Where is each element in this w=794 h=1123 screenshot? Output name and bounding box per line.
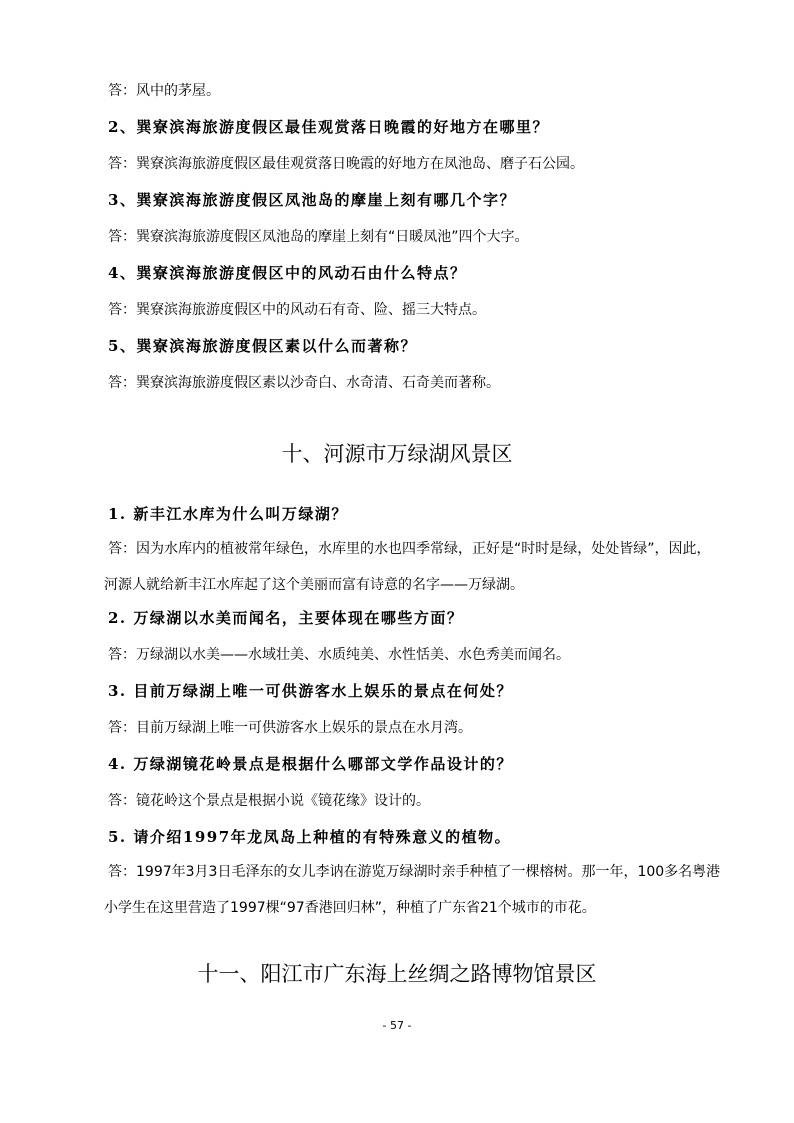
section-heading: 十、河源市万绿湖风景区 [0,438,794,468]
answer-text: 答：巽寮滨海旅游度假区中的风动石有奇、险、摇三大特点。 [108,300,486,320]
answer-text: 答：巽寮滨海旅游度假区素以沙奇白、水奇清、石奇美而著称。 [108,373,500,393]
question-heading: 5. 请介绍1997年龙凤岛上种植的有特殊意义的植物。 [108,827,511,847]
answer-text: 答：镜花岭这个景点是根据小说《镜花缘》设计的。 [108,791,430,811]
question-heading: 5、巽寮滨海旅游度假区素以什么而著称？ [108,336,417,356]
answer-text: 答：巽寮滨海旅游度假区凤池岛的摩崖上刻有“日暖凤池”四个大字。 [108,227,529,247]
question-heading: 3. 目前万绿湖上唯一可供游客水上娱乐的景点在何处？ [108,681,513,701]
question-heading: 2、巽寮滨海旅游度假区最佳观赏落日晚霞的好地方在哪里？ [108,117,549,137]
page-number: - 57 - [0,1019,794,1032]
question-heading: 2. 万绿湖以水美而闻名，主要体现在哪些方面？ [108,608,463,628]
answer-text: 答：因为水库内的植被常年绿色，水库里的水也四季常绿，正好是“时时是绿，处处皆绿”… [104,531,724,603]
answer-text: 答：1997年3月3日毛泽东的女儿李讷在游览万绿湖时亲手种植了一棵榕树。那一年，… [104,854,724,926]
section-heading: 十一、阳江市广东海上丝绸之路博物馆景区 [0,958,794,988]
question-heading: 3、巽寮滨海旅游度假区凤池岛的摩崖上刻有哪几个字？ [108,190,516,210]
answer-text: 答：风中的茅屋。 [108,81,220,101]
answer-text: 答：巽寮滨海旅游度假区最佳观赏落日晚霞的好地方在凤池岛、磨子石公园。 [108,154,584,174]
question-heading: 1. 新丰江水库为什么叫万绿湖？ [108,504,348,524]
answer-text: 答：目前万绿湖上唯一可供游客水上娱乐的景点在水月湾。 [108,718,472,738]
question-heading: 4、巽寮滨海旅游度假区中的风动石由什么特点？ [108,263,466,283]
question-heading: 4. 万绿湖镜花岭景点是根据什么哪部文学作品设计的？ [108,754,513,774]
answer-text: 答：万绿湖以水美——水域壮美、水质纯美、水性恬美、水色秀美而闻名。 [108,645,570,665]
